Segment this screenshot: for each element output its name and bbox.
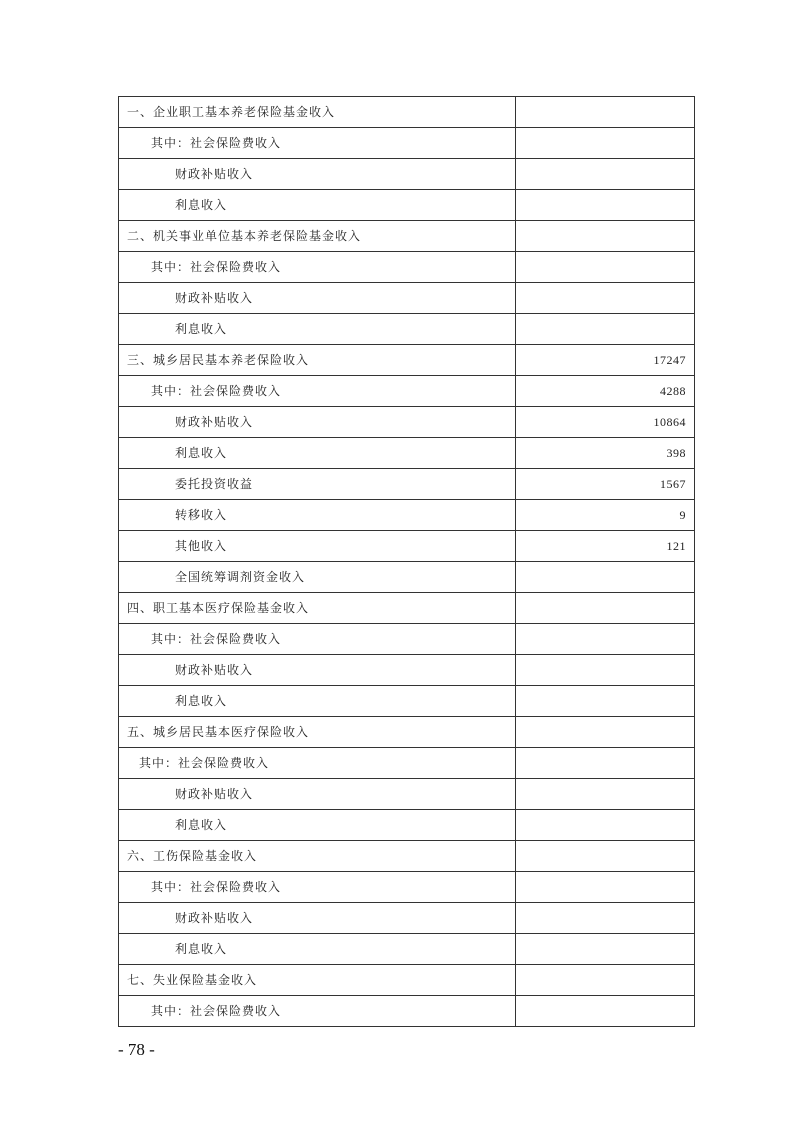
row-value bbox=[516, 562, 695, 593]
table-row: 财政补贴收入 bbox=[119, 903, 695, 934]
row-value bbox=[516, 159, 695, 190]
row-label: 其中：社会保险费收入 bbox=[119, 376, 516, 407]
income-table: 一、企业职工基本养老保险基金收入 其中：社会保险费收入 财政补贴收入 利息收入 … bbox=[118, 96, 695, 1027]
row-label: 其中：社会保险费收入 bbox=[119, 252, 516, 283]
row-label: 财政补贴收入 bbox=[119, 283, 516, 314]
table-row: 其中：社会保险费收入 bbox=[119, 748, 695, 779]
row-value bbox=[516, 314, 695, 345]
table-row: 利息收入 bbox=[119, 810, 695, 841]
row-label: 利息收入 bbox=[119, 934, 516, 965]
row-label: 二、机关事业单位基本养老保险基金收入 bbox=[119, 221, 516, 252]
row-value bbox=[516, 903, 695, 934]
row-label: 利息收入 bbox=[119, 686, 516, 717]
row-value bbox=[516, 779, 695, 810]
row-value: 10864 bbox=[516, 407, 695, 438]
row-label: 其中：社会保险费收入 bbox=[119, 748, 516, 779]
row-value bbox=[516, 996, 695, 1027]
table-row: 委托投资收益1567 bbox=[119, 469, 695, 500]
row-label: 四、职工基本医疗保险基金收入 bbox=[119, 593, 516, 624]
row-label: 其中：社会保险费收入 bbox=[119, 996, 516, 1027]
row-label: 利息收入 bbox=[119, 314, 516, 345]
row-value bbox=[516, 221, 695, 252]
table-row: 利息收入398 bbox=[119, 438, 695, 469]
table-row: 财政补贴收入 bbox=[119, 655, 695, 686]
table-row: 其他收入121 bbox=[119, 531, 695, 562]
row-value bbox=[516, 872, 695, 903]
table-row: 一、企业职工基本养老保险基金收入 bbox=[119, 97, 695, 128]
row-value bbox=[516, 810, 695, 841]
row-label: 全国统筹调剂资金收入 bbox=[119, 562, 516, 593]
row-label: 其中：社会保险费收入 bbox=[119, 624, 516, 655]
row-value bbox=[516, 128, 695, 159]
row-label: 财政补贴收入 bbox=[119, 159, 516, 190]
row-value bbox=[516, 624, 695, 655]
row-label: 其中：社会保险费收入 bbox=[119, 128, 516, 159]
row-value bbox=[516, 717, 695, 748]
table-row: 其中：社会保险费收入 bbox=[119, 996, 695, 1027]
row-label: 财政补贴收入 bbox=[119, 655, 516, 686]
table-row: 其中：社会保险费收入4288 bbox=[119, 376, 695, 407]
row-label: 利息收入 bbox=[119, 810, 516, 841]
table-row: 其中：社会保险费收入 bbox=[119, 128, 695, 159]
table-row: 六、工伤保险基金收入 bbox=[119, 841, 695, 872]
row-label: 六、工伤保险基金收入 bbox=[119, 841, 516, 872]
table-row: 财政补贴收入 bbox=[119, 283, 695, 314]
row-label: 一、企业职工基本养老保险基金收入 bbox=[119, 97, 516, 128]
row-label: 利息收入 bbox=[119, 190, 516, 221]
row-value bbox=[516, 748, 695, 779]
row-value: 9 bbox=[516, 500, 695, 531]
table-row: 财政补贴收入 bbox=[119, 159, 695, 190]
row-value bbox=[516, 655, 695, 686]
table-row: 其中：社会保险费收入 bbox=[119, 252, 695, 283]
row-value bbox=[516, 252, 695, 283]
table-row: 二、机关事业单位基本养老保险基金收入 bbox=[119, 221, 695, 252]
row-label: 财政补贴收入 bbox=[119, 779, 516, 810]
row-label: 其中：社会保险费收入 bbox=[119, 872, 516, 903]
page-number: - 78 - bbox=[118, 1040, 155, 1060]
row-value bbox=[516, 965, 695, 996]
row-value bbox=[516, 593, 695, 624]
row-label: 五、城乡居民基本医疗保险收入 bbox=[119, 717, 516, 748]
row-label: 其他收入 bbox=[119, 531, 516, 562]
row-value bbox=[516, 283, 695, 314]
row-label: 财政补贴收入 bbox=[119, 903, 516, 934]
table-row: 利息收入 bbox=[119, 686, 695, 717]
row-value bbox=[516, 841, 695, 872]
row-label: 财政补贴收入 bbox=[119, 407, 516, 438]
table-row: 五、城乡居民基本医疗保险收入 bbox=[119, 717, 695, 748]
table-row: 财政补贴收入10864 bbox=[119, 407, 695, 438]
row-label: 利息收入 bbox=[119, 438, 516, 469]
row-value: 398 bbox=[516, 438, 695, 469]
row-label: 三、城乡居民基本养老保险收入 bbox=[119, 345, 516, 376]
row-value: 121 bbox=[516, 531, 695, 562]
row-label: 委托投资收益 bbox=[119, 469, 516, 500]
table-row: 利息收入 bbox=[119, 934, 695, 965]
table-row: 利息收入 bbox=[119, 190, 695, 221]
table-row: 其中：社会保险费收入 bbox=[119, 624, 695, 655]
row-value: 17247 bbox=[516, 345, 695, 376]
table-row: 其中：社会保险费收入 bbox=[119, 872, 695, 903]
row-value: 4288 bbox=[516, 376, 695, 407]
row-label: 七、失业保险基金收入 bbox=[119, 965, 516, 996]
row-value bbox=[516, 97, 695, 128]
table-row: 全国统筹调剂资金收入 bbox=[119, 562, 695, 593]
table-row: 三、城乡居民基本养老保险收入17247 bbox=[119, 345, 695, 376]
row-value: 1567 bbox=[516, 469, 695, 500]
row-value bbox=[516, 934, 695, 965]
row-label: 转移收入 bbox=[119, 500, 516, 531]
table-row: 转移收入9 bbox=[119, 500, 695, 531]
row-value bbox=[516, 190, 695, 221]
table-row: 利息收入 bbox=[119, 314, 695, 345]
row-value bbox=[516, 686, 695, 717]
table-row: 七、失业保险基金收入 bbox=[119, 965, 695, 996]
table-row: 财政补贴收入 bbox=[119, 779, 695, 810]
table-row: 四、职工基本医疗保险基金收入 bbox=[119, 593, 695, 624]
